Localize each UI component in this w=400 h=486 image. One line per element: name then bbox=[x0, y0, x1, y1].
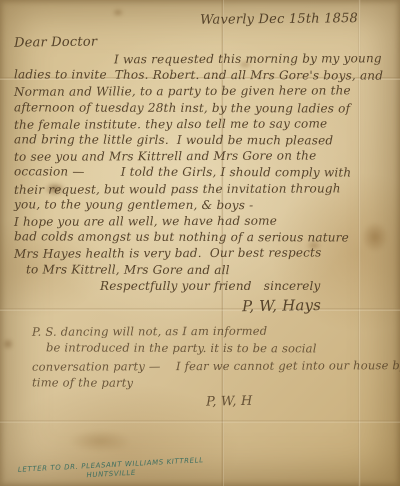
letter-line: I hope you are all well, we have had som… bbox=[14, 212, 392, 230]
letter-line: occasion — I told the Girls, I should co… bbox=[14, 164, 392, 182]
letter-photograph: Waverly Dec 15th 1858 Dear Doctor I was … bbox=[0, 0, 400, 486]
postscript-line: conversation party — I fear we cannot ge… bbox=[32, 357, 392, 376]
postscript-line: P. S. dancing will not, as I am informed bbox=[32, 322, 392, 341]
letter-line: to Mrs Kittrell, Mrs Gore and all bbox=[14, 261, 392, 279]
letter-body: I was requested this morning by my young… bbox=[14, 51, 392, 278]
letter-line: their request, but would pass the invita… bbox=[14, 180, 392, 198]
letter-postscript: P. S. dancing will not, as I am informed… bbox=[32, 323, 392, 393]
letter-line: and bring the little girls. I would be m… bbox=[14, 131, 392, 149]
postscript-line: time of the party bbox=[32, 374, 392, 393]
letter-line: afternoon of tuesday 28th inst, by the y… bbox=[14, 99, 392, 117]
postscript-line: be introduced in the party. it is to be … bbox=[32, 340, 392, 359]
letter-line: Norman and Willie, to a party to be give… bbox=[14, 83, 392, 101]
letter-line: the female institute. they also tell me … bbox=[14, 115, 392, 133]
letter-line: Mrs Hayes health is very bad. Our best r… bbox=[14, 245, 392, 263]
letter-closing: Respectfully your friend sincerely bbox=[100, 279, 392, 293]
letter-signature: P, W, Hays bbox=[242, 295, 392, 316]
letter-line: I was requested this morning by my young bbox=[14, 50, 392, 68]
letter-line: you, to the young gentlemen, & boys - bbox=[14, 196, 392, 214]
